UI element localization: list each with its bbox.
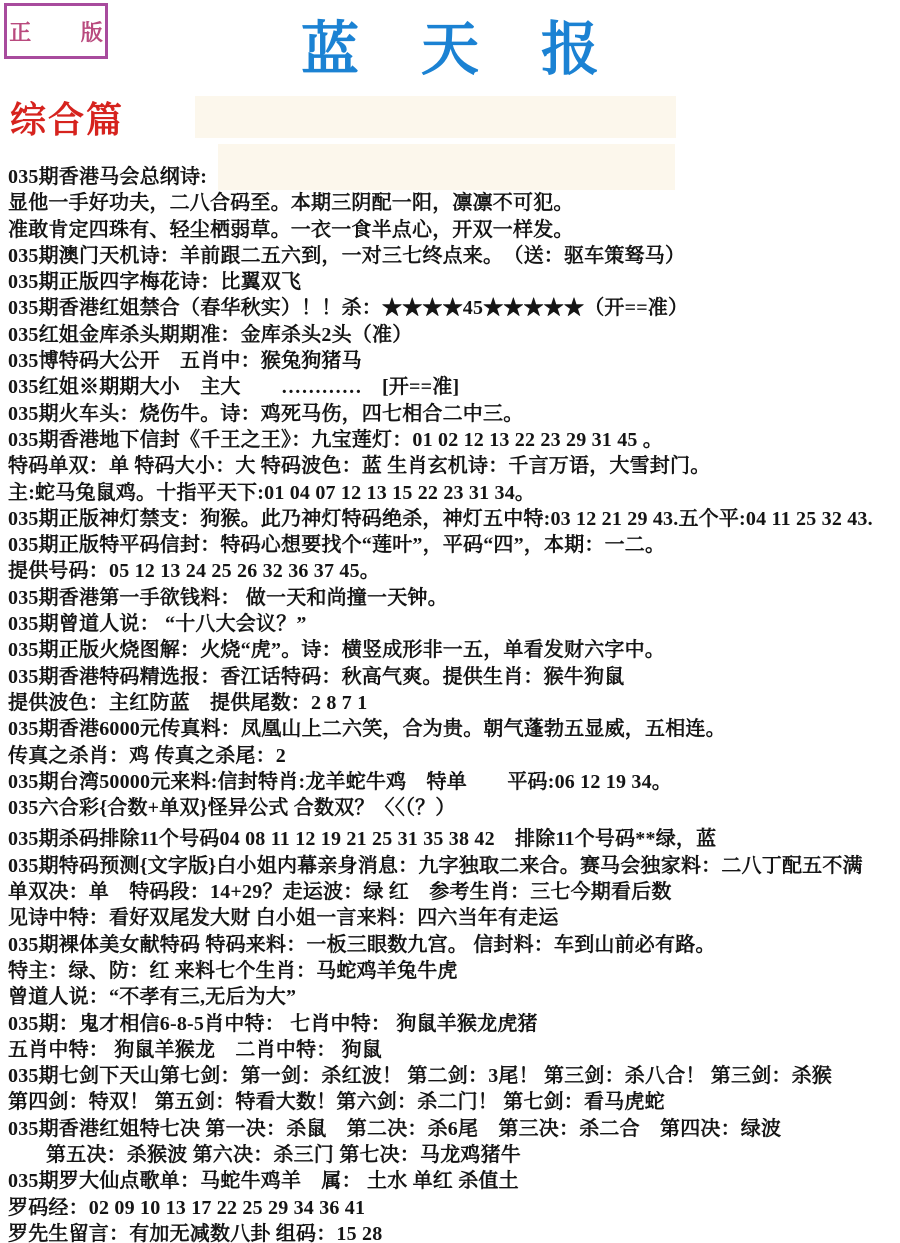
text-line-26: 035期杀码排除11个号码04 08 11 12 19 21 25 31 35 …	[8, 826, 896, 852]
text-line-32: 曾道人说：“不孝有三,无后为大”	[8, 984, 896, 1010]
text-line-29: 见诗中特：看好双尾发大财 白小姐一言来料：四六当年有走运	[8, 905, 896, 931]
text-line-11: 035期香港地下信封《千王之王》：九宝莲灯：01 02 12 13 22 23 …	[8, 427, 896, 453]
text-line-21: 提供波色：主红防蓝 提供尾数：2 8 7 1	[8, 690, 896, 716]
text-line-25: 035六合彩{合数+单双}怪异公式 合数双？〈〈（？）	[8, 795, 896, 821]
text-line-20: 035期香港特码精选报：香江话特码：秋高气爽。提供生肖：猴牛狗鼠	[8, 664, 896, 690]
text-line-34: 五肖中特： 狗鼠羊猴龙 二肖中特： 狗鼠	[8, 1037, 896, 1063]
text-line-4: 035期澳门天机诗：羊前跟二五六到，一对三七终点来。 （送：驱车策驽马）	[8, 243, 896, 269]
text-line-22: 035期香港6000元传真料：凤凰山上二六笑，合为贵。朝气蓬勃五显威，五相连。	[8, 716, 896, 742]
text-line-7: 035红姐金库杀头期期准：金库杀头2头（准）	[8, 322, 896, 348]
text-line-18: 035期曾道人说： “十八大会议？”	[8, 611, 896, 637]
text-line-38: 第五决：杀猴波 第六决：杀三门 第七决：马龙鸡猪牛	[8, 1142, 896, 1168]
text-line-19: 035期正版火烧图解：火烧“虎”。诗：横竖成形非一五，单看发财六字中。	[8, 637, 896, 663]
text-line-40: 罗码经：02 09 10 13 17 22 25 29 34 36 41	[8, 1195, 896, 1221]
text-line-24: 035期台湾50000元来料:信封特肖:龙羊蛇牛鸡 特单 平码:06 12 19…	[8, 769, 896, 795]
text-line-9: 035红姐※期期大小 主大 ………… [开==准]	[8, 374, 896, 400]
text-line-31: 特主：绿、防：红 来料七个生肖：马蛇鸡羊兔牛虎	[8, 958, 896, 984]
text-line-41: 罗先生留言：有加无减数八卦 组码：15 28	[8, 1221, 896, 1243]
text-line-39: 035期罗大仙点歌单：马蛇牛鸡羊 属： 土水 单红 杀值土	[8, 1168, 896, 1194]
text-line-16: 提供号码：05 12 13 24 25 26 32 36 37 45。	[8, 558, 896, 584]
text-line-13: 主:蛇马兔鼠鸡。十指平天下:01 04 07 12 13 15 22 23 31…	[8, 480, 896, 506]
text-line-3: 准敢肯定四珠有、轻尘栖弱草。一衣一食半点心，开双一样发。	[8, 217, 896, 243]
text-line-36: 第四剑：特双！ 第五剑：特看大数！第六剑：杀二门！ 第七剑：看马虎蛇	[8, 1089, 896, 1115]
text-line-10: 035期火车头：烧伤牛。诗：鸡死马伤，四七相合二中三。	[8, 401, 896, 427]
text-line-12: 特码单双：单 特码大小：大 特码波色：蓝 生肖玄机诗：千言万语，大雪封门。	[8, 453, 896, 479]
text-line-23: 传真之杀肖：鸡 传真之杀尾：2	[8, 743, 896, 769]
text-line-6: 035期香港红姐禁合（春华秋实）！！杀：★★★★45★★★★★（开==准）	[8, 295, 896, 321]
page-title: 蓝天报	[0, 2, 900, 86]
text-line-8: 035博特码大公开 五肖中：猴兔狗猪马	[8, 348, 896, 374]
section-title: 综合篇	[10, 92, 124, 143]
text-line-17: 035期香港第一手欲钱料： 做一天和尚撞一天钟。	[8, 585, 896, 611]
text-line-15: 035期正版特平码信封：特码心想要找个“莲叶”，平码“四”，本期：一二。	[8, 532, 896, 558]
text-line-37: 035期香港红姐特七决 第一决：杀鼠 第二决：杀6尾 第三决：杀二合 第四决：绿…	[8, 1116, 896, 1142]
blank-strip-top	[195, 96, 676, 138]
text-line-14: 035期正版神灯禁支：狗猴。此乃神灯特码绝杀，神灯五中特:03 12 21 29…	[8, 506, 896, 532]
text-line-2: 显他一手好功夫，二八合码至。本期三阴配一阳，凛凛不可犯。	[8, 190, 896, 216]
text-line-27: 035期特码预测{文字版}白小姐内幕亲身消息：九字独取二来合。赛马会独家料：二八…	[8, 853, 896, 879]
text-line-1: 035期香港马会总纲诗:	[8, 164, 896, 190]
content-lines: 035期香港马会总纲诗: 显他一手好功夫，二八合码至。本期三阴配一阳，凛凛不可犯…	[8, 164, 896, 1243]
text-line-33: 035期：鬼才相信6-8-5肖中特： 七肖中特： 狗鼠羊猴龙虎猪	[8, 1011, 896, 1037]
text-line-35: 035期七剑下天山第七剑：第一剑：杀红波！ 第二剑：3尾！ 第三剑：杀八合！ 第…	[8, 1063, 896, 1089]
text-line-5: 035期正版四字梅花诗：比翼双飞	[8, 269, 896, 295]
text-line-28: 单双决：单 特码段：14+29？走运波：绿 红 参考生肖：三七今期看后数	[8, 879, 896, 905]
text-line-30: 035期裸体美女献特码 特码来料：一板三眼数九宫。 信封料：车到山前必有路。	[8, 932, 896, 958]
